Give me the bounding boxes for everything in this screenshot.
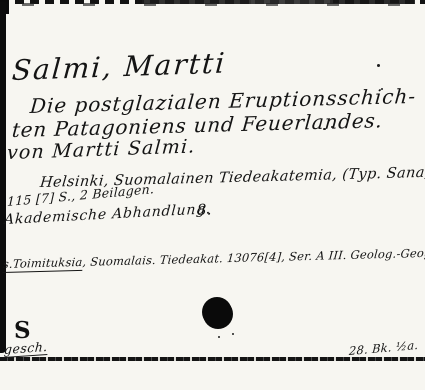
bottom-card-edge [0,357,425,361]
series-title: Toimituksia [12,255,83,271]
date-annotation: 28. Bk. ½a. [349,338,419,358]
ink-speck [218,336,220,338]
author-heading: Salmi, Martti [11,46,228,87]
series-note: s.Toimituksia, Suomalais. Tiedeakat. 130… [2,245,425,271]
series-title-underlined: s.Toimituksia [2,255,83,273]
torn-top-edge-frays [0,3,425,6]
ink-speck [381,88,383,90]
series-detail: , Suomalais. Tiedeakat. 13076[4], Ser. A… [82,245,425,269]
catalog-card: Salmi, Martti Die postglazialen Eruption… [0,0,425,390]
ink-speck [232,333,234,335]
cataloguer-signature: gesch. [3,339,48,358]
punch-hole [202,297,232,327]
ink-speck [377,64,380,67]
ink-speck [323,128,326,130]
left-black-edge [0,2,6,353]
ink-speck [331,126,333,128]
